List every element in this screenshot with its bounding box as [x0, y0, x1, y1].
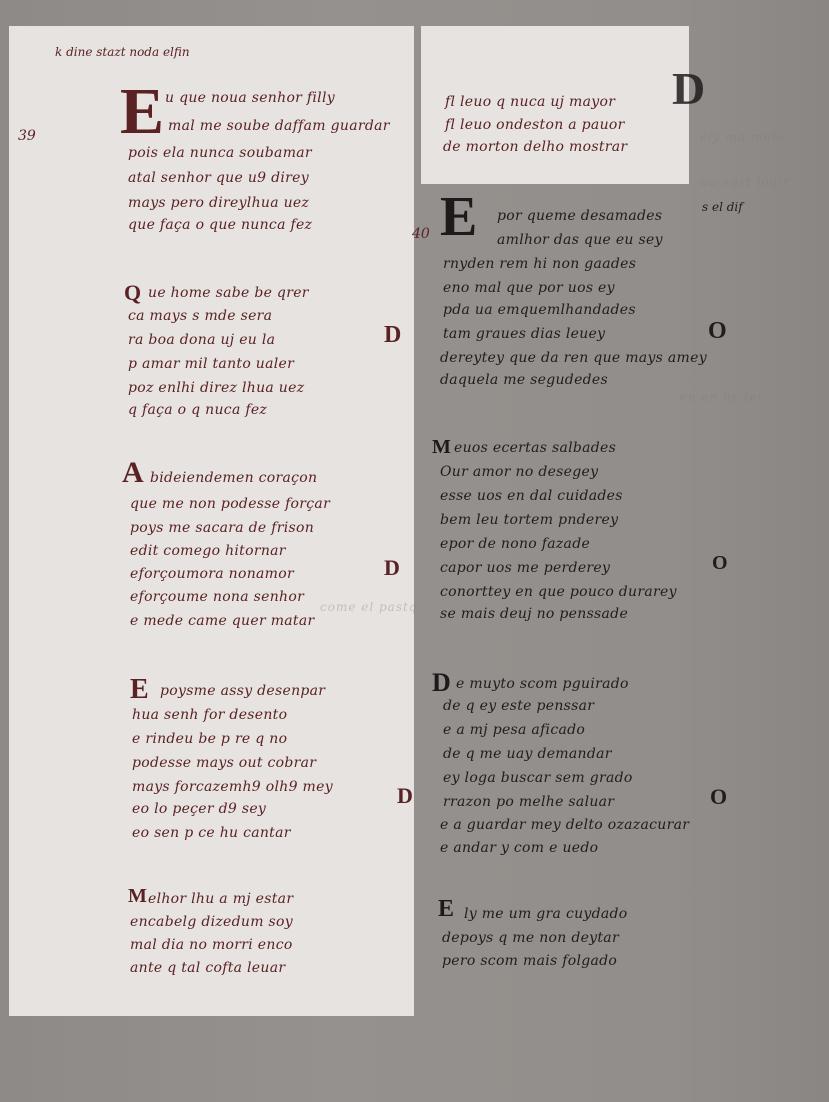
decorated-initial: E — [120, 74, 164, 150]
verse-line: depoys q me non deytar — [442, 930, 619, 946]
verse-line: capor uos me perderey — [440, 560, 610, 576]
verse-line: bideiendemen coraçon — [150, 470, 317, 486]
verse-line: mal me soube daffam guardar — [168, 118, 390, 134]
verse-line: eno mal que por uos ey — [443, 280, 615, 296]
verse-line: p amar mil tanto ualer — [128, 356, 294, 372]
margin-marker-icon: D — [384, 555, 400, 581]
decorated-initial: A — [122, 456, 144, 490]
verse-line: edit comego hitornar — [130, 543, 286, 559]
verse-line: mays forcazemh9 olh9 mey — [132, 779, 333, 795]
folio-number-left: 39 — [18, 128, 36, 144]
verse-line: e a mj pesa aficado — [443, 722, 585, 738]
header-annotation: k dine stazt noda elfin — [55, 45, 190, 59]
verse-line: e a guardar mey delto ozazacurar — [440, 817, 689, 833]
verse-line: epor de nono fazade — [440, 536, 590, 552]
verse-line: pda ua emquemlhandades — [443, 302, 636, 318]
decorated-initial: E — [440, 185, 477, 249]
verse-line: Our amor no desegey — [440, 464, 598, 480]
show-through-text: ely ma mula — [700, 130, 785, 144]
verse-line: de morton delho mostrar — [443, 139, 627, 155]
verse-line: por queme desamades — [497, 208, 662, 224]
verse-line: rrazon po melhe saluar — [443, 794, 614, 810]
verse-line: esse uos en dal cuidades — [440, 488, 623, 504]
verse-line: poz enlhi direz lhua uez — [128, 380, 304, 396]
verse-line: que me non podesse forçar — [130, 496, 330, 512]
verse-line: eo sen p ce hu cantar — [132, 825, 291, 841]
show-through-text: ua nost lonir — [700, 175, 790, 189]
verse-line: e andar y com e uedo — [440, 840, 598, 856]
verse-line: tam graues dias leuey — [443, 326, 605, 342]
margin-marker-icon: O — [708, 318, 727, 345]
verse-line: q faça o q nuca fez — [128, 402, 267, 418]
verse-line: dereytey que da ren que mays amey — [440, 350, 707, 366]
verse-line: pois ela nunca soubamar — [128, 145, 312, 161]
verse-line: eforçoumora nonamor — [130, 566, 294, 582]
decorated-initial: D — [432, 668, 451, 698]
show-through-text: come el pastq — [320, 600, 418, 614]
verse-line: daquela me segudedes — [440, 372, 608, 388]
verse-line: encabelg dizedum soy — [130, 914, 293, 930]
verse-line: atal senhor que u9 direy — [128, 170, 309, 186]
verse-line: ra boa dona uj eu la — [128, 332, 275, 348]
verse-line: eforçoume nona senhor — [130, 589, 304, 605]
margin-marker-icon: O — [712, 552, 728, 575]
verse-line: euos ecertas salbades — [454, 440, 616, 456]
verse-line: de q ey este penssar — [443, 698, 594, 714]
decorated-initial: M — [432, 436, 451, 459]
verse-line: e mede came quer matar — [130, 613, 315, 629]
verse-line: ly me um gra cuydado — [464, 906, 628, 922]
verse-line: conorttey en que pouco durarey — [440, 584, 677, 600]
verse-line: mays pero direylhua uez — [128, 195, 309, 211]
verse-line: ante q tal cofta leuar — [130, 960, 285, 976]
decorated-initial: Q — [124, 280, 141, 306]
right-margin-note: s el dif — [702, 200, 743, 214]
verse-line: rnyden rem hi non gaades — [443, 256, 636, 272]
verse-line: que faça o que nunca fez — [128, 217, 312, 233]
verse-line: elhor lhu a mj estar — [148, 891, 293, 907]
verse-line: pero scom mais folgado — [442, 953, 617, 969]
verse-line: ue home sabe be qrer — [148, 285, 309, 301]
verse-line: ey loga buscar sem grado — [443, 770, 633, 786]
verse-line: fl leuo ondeston a pauor — [445, 117, 625, 133]
decorated-initial: E — [130, 674, 149, 706]
margin-marker-icon: D — [384, 322, 401, 349]
verse-line: mal dia no morri enco — [130, 937, 293, 953]
verse-line: bem leu tortem pnderey — [440, 512, 618, 528]
large-margin-initial-icon: D — [672, 62, 705, 115]
margin-marker-icon: O — [710, 784, 727, 810]
verse-line: ca mays s mde sera — [128, 308, 272, 324]
verse-line: de q me uay demandar — [443, 746, 612, 762]
verse-line: se mais deuj no penssade — [440, 606, 628, 622]
show-through-text: en en nr ter — [680, 390, 764, 404]
verse-line: podesse mays out cobrar — [132, 755, 316, 771]
margin-marker-icon: D — [397, 783, 413, 809]
verse-line: amlhor das que eu sey — [497, 232, 663, 248]
verse-line: hua senh for desento — [132, 707, 287, 723]
verse-line: u que noua senhor filly — [165, 90, 335, 106]
decorated-initial: M — [128, 885, 147, 908]
verse-line: poys me sacara de frison — [130, 520, 314, 536]
verse-line: e muyto scom pguirado — [456, 676, 629, 692]
verse-line: e rindeu be p re q no — [132, 731, 287, 747]
folio-number-right: 40 — [412, 226, 430, 242]
verse-line: eo lo peçer d9 sey — [132, 801, 266, 817]
verse-line: poysme assy desenpar — [160, 683, 325, 699]
decorated-initial: E — [438, 896, 454, 923]
verse-line: fl leuo q nuca uj mayor — [445, 94, 615, 110]
